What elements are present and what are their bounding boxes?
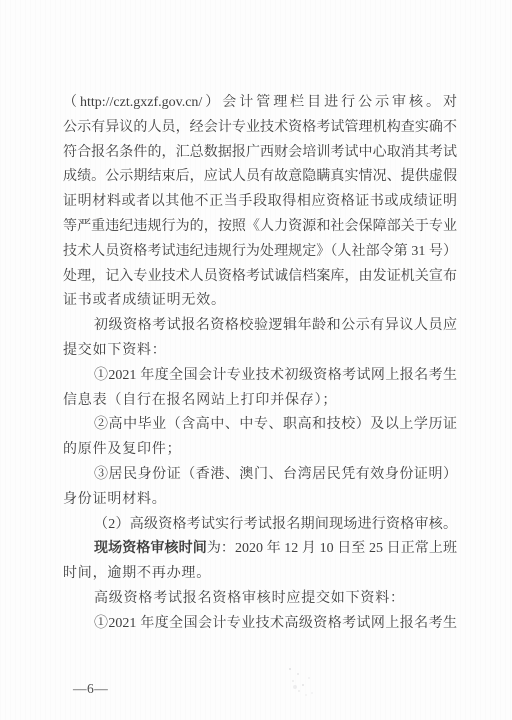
text-line: 现场资格审核时间为：2020 年 12 月 10 日至 25 日正常上班 xyxy=(63,537,457,562)
text-segment: 初级资格考试报名资格校验逻辑年龄和公示有异议人员应 xyxy=(94,318,457,333)
text-segment: 身份证明材料。 xyxy=(63,492,167,507)
text-line: 初级资格考试报名资格校验逻辑年龄和公示有异议人员应 xyxy=(63,314,457,339)
text-line: （2）高级资格考试实行考试报名期间现场进行资格审核。 xyxy=(63,513,457,538)
text-segment: ②高中毕业（含高中、中专、职高和技校）及以上学历证书 xyxy=(94,417,457,438)
text-segment: 为：2020 年 12 月 10 日至 25 日正常上班 xyxy=(207,541,457,556)
text-segment: 公示有异议的人员，经会计专业技术资格考试管理机构查实确不 xyxy=(63,120,457,135)
text-segment: 提交如下资料： xyxy=(63,343,167,358)
text-line: （http://czt.gxzf.gov.cn/）会计管理栏目进行公示审核。对 xyxy=(63,91,457,116)
text-segment: ①2021 年度全国会计专业技术初级资格考试网上报名考生 xyxy=(94,368,457,383)
text-line: 处理，记入专业技术人员资格考试诚信档案库，由发证机关宣布 xyxy=(63,265,457,290)
text-line: 证明材料或者以其他不正当手段取得相应资格证书或成绩证明 xyxy=(63,190,457,215)
text-line: ②高中毕业（含高中、中专、职高和技校）及以上学历证书 xyxy=(63,413,457,438)
text-line: 提交如下资料： xyxy=(63,339,457,364)
text-segment: 证明材料或者以其他不正当手段取得相应资格证书或成绩证明 xyxy=(63,194,457,209)
text-line: 等严重违纪违规行为的，按照《人力资源和社会保障部关于专业 xyxy=(63,215,457,240)
text-segment: （2）高级资格考试实行考试报名期间现场进行资格审核。 xyxy=(94,517,457,532)
text-line: 时间，逾期不再办理。 xyxy=(63,562,457,587)
text-line: ①2021 年度全国会计专业技术高级资格考试网上报名考生 xyxy=(63,612,457,637)
document-body: （http://czt.gxzf.gov.cn/）会计管理栏目进行公示审核。对公… xyxy=(63,91,457,637)
text-line: 信息表（自行在报名网站上打印并保存）； xyxy=(63,389,457,414)
text-line: 证书或者成绩证明无效。 xyxy=(63,289,457,314)
text-segment: ③居民身份证（香港、澳门、台湾居民凭有效身份证明）等 xyxy=(94,467,457,488)
text-segment: 高级资格考试报名资格审核时应提交如下资料： xyxy=(94,591,405,606)
text-segment: 的原件及复印件； xyxy=(63,442,181,457)
text-segment: 处理，记入专业技术人员资格考试诚信档案库，由发证机关宣布 xyxy=(63,269,457,284)
document-page: （http://czt.gxzf.gov.cn/）会计管理栏目进行公示审核。对公… xyxy=(0,0,512,720)
text-line: 高级资格考试报名资格审核时应提交如下资料： xyxy=(63,587,457,612)
text-line: 身份证明材料。 xyxy=(63,488,457,513)
text-segment: 信息表（自行在报名网站上打印并保存）； xyxy=(63,393,337,408)
bold-text-segment: 现场资格审核时间 xyxy=(94,541,207,556)
text-segment: 符合报名条件的，汇总数据报广西财会培训考试中心取消其考试 xyxy=(63,145,457,160)
text-segment: 成绩。公示期结束后，应试人员有故意隐瞒真实情况、提供虚假 xyxy=(63,169,457,184)
text-line: 公示有异议的人员，经会计专业技术资格考试管理机构查实确不 xyxy=(63,116,457,141)
text-segment: （http://czt.gxzf.gov.cn/）会计管理栏目进行公示审核。对 xyxy=(63,95,457,110)
page-number: —6— xyxy=(73,681,108,697)
text-segment: ①2021 年度全国会计专业技术高级资格考试网上报名考生 xyxy=(94,616,457,631)
text-line: 成绩。公示期结束后，应试人员有故意隐瞒真实情况、提供虚假 xyxy=(63,165,457,190)
text-line: 的原件及复印件； xyxy=(63,438,457,463)
text-segment: 等严重违纪违规行为的，按照《人力资源和社会保障部关于专业 xyxy=(63,219,457,234)
text-segment: 时间，逾期不再办理。 xyxy=(63,566,211,581)
scan-smudge xyxy=(289,668,291,670)
text-line: ③居民身份证（香港、澳门、台湾居民凭有效身份证明）等 xyxy=(63,463,457,488)
text-segment: 技术人员资格考试违纪违规行为处理规定》（人社部令第 31 号） xyxy=(63,244,457,259)
text-line: 技术人员资格考试违纪违规行为处理规定》（人社部令第 31 号） xyxy=(63,240,457,265)
text-line: ①2021 年度全国会计专业技术初级资格考试网上报名考生 xyxy=(63,364,457,389)
text-segment: 证书或者成绩证明无效。 xyxy=(63,293,226,308)
text-line: 符合报名条件的，汇总数据报广西财会培训考试中心取消其考试 xyxy=(63,141,457,166)
